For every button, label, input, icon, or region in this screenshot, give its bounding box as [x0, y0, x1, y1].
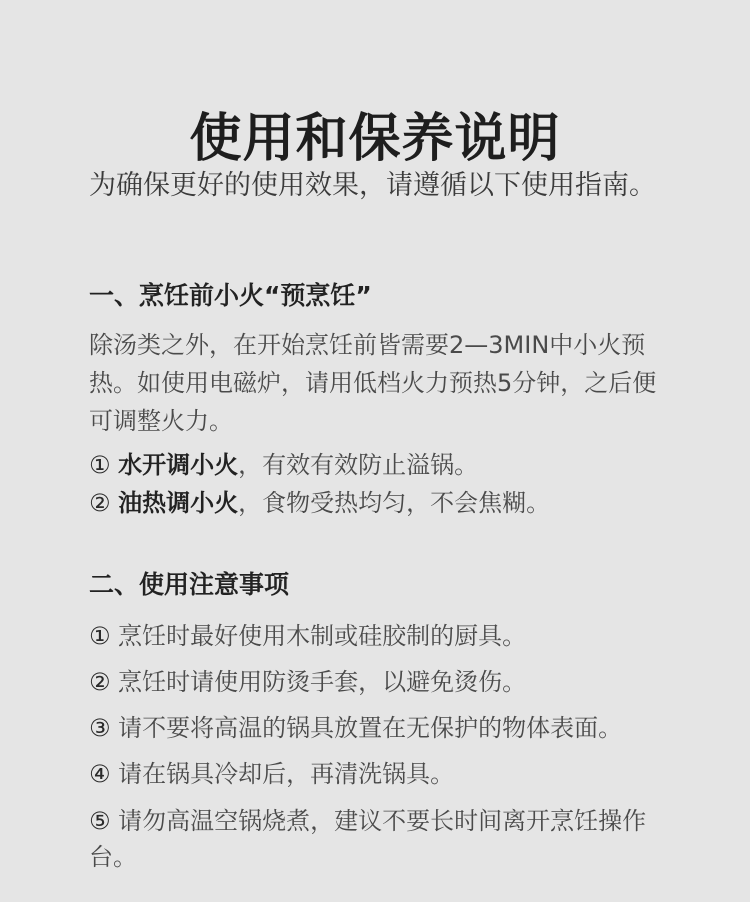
- list-item: ③ 请不要将高温的锅具放置在无保护的物体表面。: [89, 705, 679, 751]
- item-text: 请不要将高温的锅具放置在无保护的物体表面。: [118, 714, 622, 742]
- list-item: ② 烹饪时请使用防烫手套，以避免烫伤。: [89, 659, 679, 705]
- circled-number: ②: [89, 668, 111, 696]
- list-item: ⑤ 请勿高温空锅烧煮，建议不要长时间离开烹饪操作台。: [89, 803, 679, 875]
- circled-number: ⑤: [89, 807, 111, 835]
- circled-number: ④: [89, 760, 111, 788]
- item-text: 请勿高温空锅烧煮，建议不要长时间离开烹饪操作台。: [89, 807, 646, 871]
- list-item: ② 油热调小火，食物受热均匀，不会焦糊。: [89, 484, 679, 522]
- circled-number: ①: [89, 451, 111, 479]
- item-emphasis: 水开调小火: [118, 451, 238, 479]
- list-item: ① 水开调小火，有效有效防止溢锅。: [89, 446, 679, 484]
- circled-number: ①: [89, 622, 111, 650]
- item-text: 烹饪时最好使用木制或硅胶制的厨具。: [118, 622, 526, 650]
- list-item: ④ 请在锅具冷却后，再清洗锅具。: [89, 751, 679, 797]
- section-precautions: 二、使用注意事项 ① 烹饪时最好使用木制或硅胶制的厨具。 ② 烹饪时请使用防烫手…: [89, 567, 679, 875]
- item-emphasis: 油热调小火: [118, 489, 238, 517]
- item-text: ，有效有效防止溢锅。: [238, 451, 478, 479]
- item-text: ，食物受热均匀，不会焦糊。: [238, 489, 550, 517]
- circled-number: ③: [89, 714, 111, 742]
- intro-text: 为确保更好的使用效果，请遵循以下使用指南。: [89, 166, 656, 206]
- page-title: 使用和保养说明: [0, 107, 750, 171]
- item-text: 烹饪时请使用防烫手套，以避免烫伤。: [118, 668, 526, 696]
- list-item: ① 烹饪时最好使用木制或硅胶制的厨具。: [89, 613, 679, 659]
- section-paragraph: 除汤类之外，在开始烹饪前皆需要2—3MIN中小火预热。如使用电磁炉，请用低档火力…: [89, 326, 679, 440]
- circled-number: ②: [89, 489, 111, 517]
- section-heading: 二、使用注意事项: [89, 567, 679, 603]
- section-preheat: 一、烹饪前小火“预烹饪” 除汤类之外，在开始烹饪前皆需要2—3MIN中小火预热。…: [89, 278, 679, 522]
- item-text: 请在锅具冷却后，再清洗锅具。: [118, 760, 454, 788]
- section-heading: 一、烹饪前小火“预烹饪”: [89, 278, 679, 314]
